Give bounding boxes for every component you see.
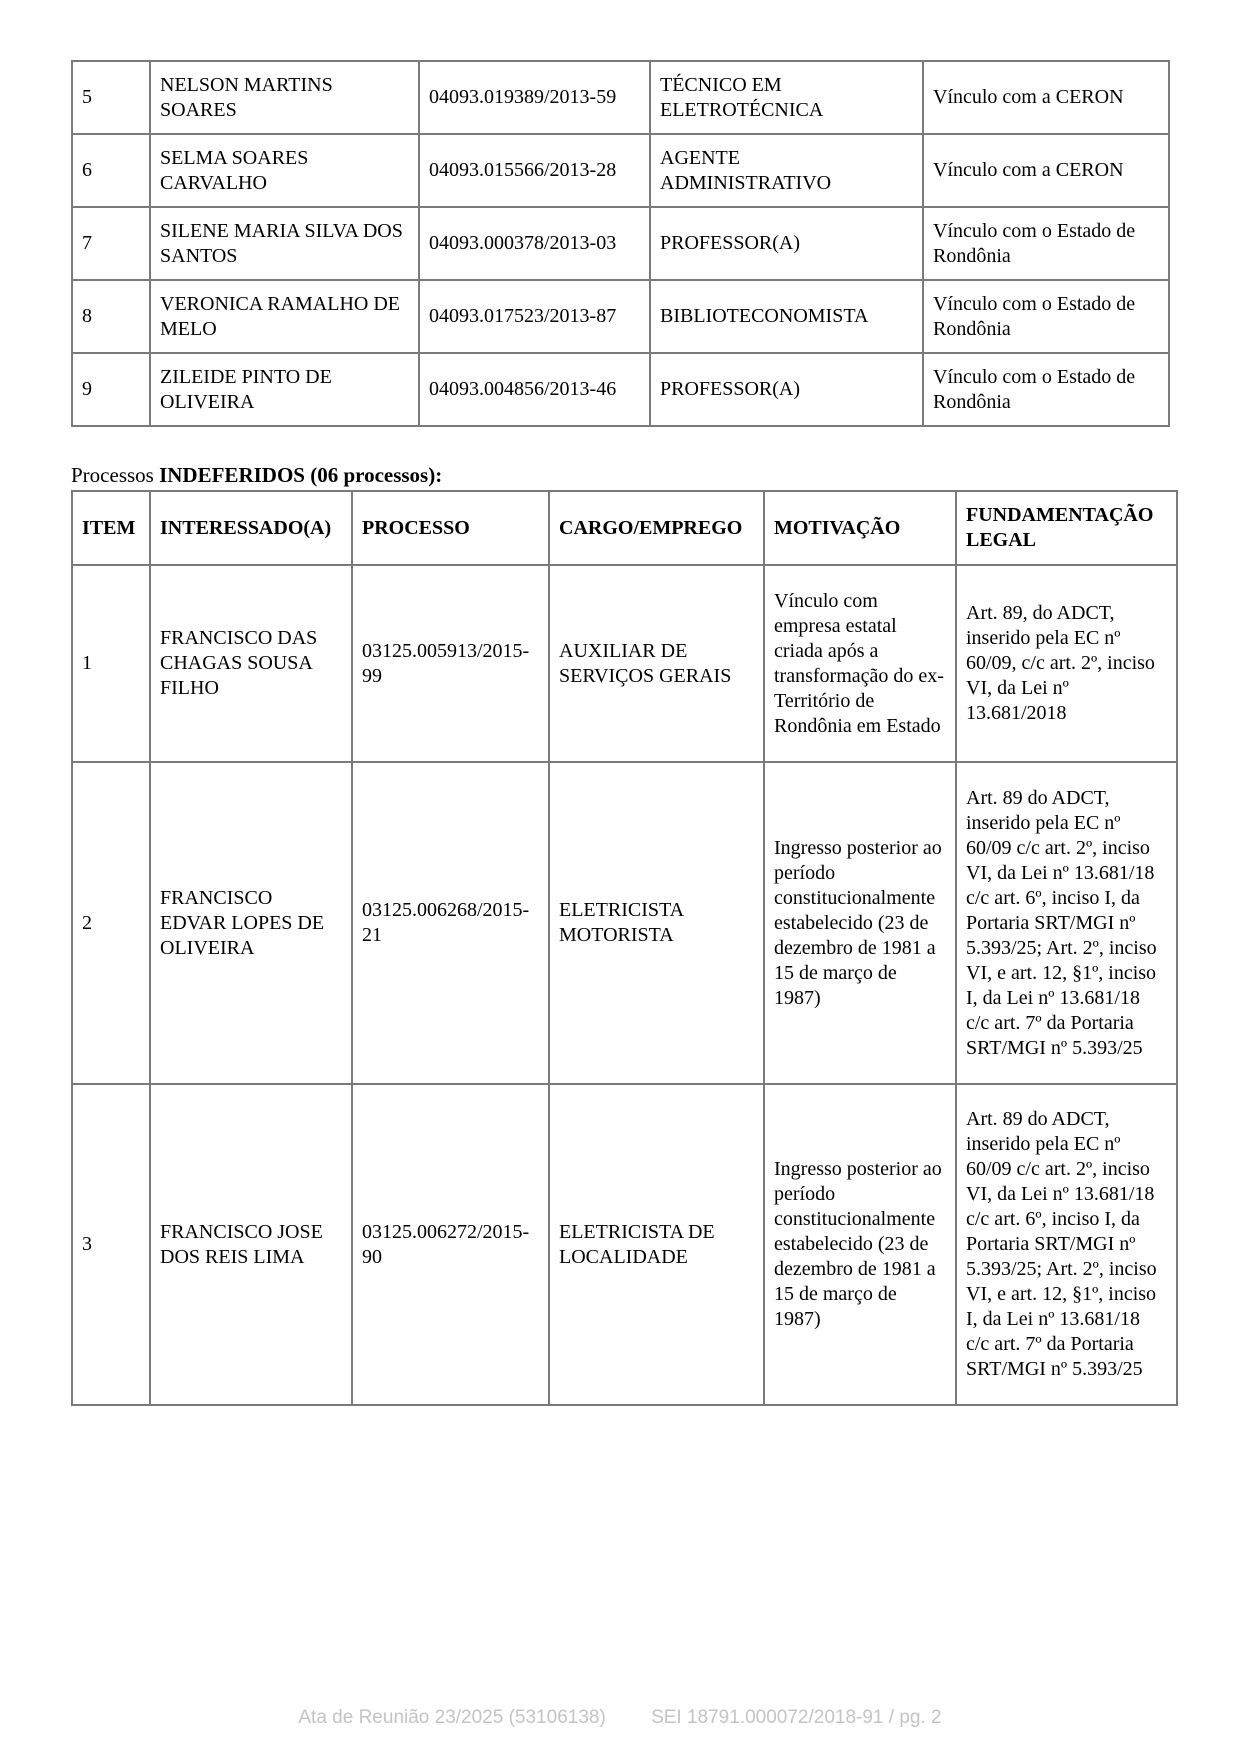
process-cell: 04093.015566/2013-28: [419, 134, 650, 207]
role-cell: TÉCNICO EM ELETROTÉCNICA: [650, 61, 923, 134]
table-row: 2 FRANCISCO EDVAR LOPES DE OLIVEIRA 0312…: [72, 762, 1177, 1084]
process-cell: 03125.005913/2015-99: [352, 565, 549, 762]
role-cell: PROFESSOR(A): [650, 207, 923, 280]
table-row: 8 VERONICA RAMALHO DE MELO 04093.017523/…: [72, 280, 1169, 353]
header-motivacao: MOTIVAÇÃO: [764, 491, 956, 565]
item-cell: 6: [72, 134, 150, 207]
caption-prefix: Processos: [71, 463, 159, 487]
process-cell: 03125.006268/2015-21: [352, 762, 549, 1084]
item-cell: 9: [72, 353, 150, 426]
role-cell: PROFESSOR(A): [650, 353, 923, 426]
item-cell: 8: [72, 280, 150, 353]
name-cell: NELSON MARTINS SOARES: [150, 61, 419, 134]
item-cell: 3: [72, 1084, 150, 1405]
name-cell: VERONICA RAMALHO DE MELO: [150, 280, 419, 353]
table-row: 1 FRANCISCO DAS CHAGAS SOUSA FILHO 03125…: [72, 565, 1177, 762]
process-cell: 04093.000378/2013-03: [419, 207, 650, 280]
legal-cell: Art. 89 do ADCT, inserido pela EC nº 60/…: [956, 762, 1177, 1084]
role-cell: AGENTE ADMINISTRATIVO: [650, 134, 923, 207]
process-cell: 03125.006272/2015-90: [352, 1084, 549, 1405]
header-interessado: INTERESSADO(A): [150, 491, 352, 565]
indeferidos-table: ITEM INTERESSADO(A) PROCESSO CARGO/EMPRE…: [71, 490, 1178, 1406]
motivation-cell: Ingresso posterior ao período constituci…: [764, 762, 956, 1084]
note-cell: Vínculo com a CERON: [923, 61, 1169, 134]
header-item: ITEM: [72, 491, 150, 565]
header-row: ITEM INTERESSADO(A) PROCESSO CARGO/EMPRE…: [72, 491, 1177, 565]
name-cell: ZILEIDE PINTO DE OLIVEIRA: [150, 353, 419, 426]
note-cell: Vínculo com o Estado de Rondônia: [923, 353, 1169, 426]
table-row: 9 ZILEIDE PINTO DE OLIVEIRA 04093.004856…: [72, 353, 1169, 426]
table-row: 5 NELSON MARTINS SOARES 04093.019389/201…: [72, 61, 1169, 134]
name-cell: FRANCISCO DAS CHAGAS SOUSA FILHO: [150, 565, 352, 762]
note-cell: Vínculo com o Estado de Rondônia: [923, 280, 1169, 353]
caption-bold: INDEFERIDOS (06 processos):: [159, 463, 442, 487]
footer-sei: SEI 18791.000072/2018-91 / pg. 2: [651, 1707, 942, 1729]
name-cell: SELMA SOARES CARVALHO: [150, 134, 419, 207]
item-cell: 2: [72, 762, 150, 1084]
header-cargo: CARGO/EMPREGO: [549, 491, 764, 565]
indeferidos-caption: Processos INDEFERIDOS (06 processos):: [71, 462, 442, 488]
name-cell: SILENE MARIA SILVA DOS SANTOS: [150, 207, 419, 280]
item-cell: 7: [72, 207, 150, 280]
table-row: 6 SELMA SOARES CARVALHO 04093.015566/201…: [72, 134, 1169, 207]
note-cell: Vínculo com a CERON: [923, 134, 1169, 207]
motivation-cell: Vínculo com empresa estatal criada após …: [764, 565, 956, 762]
name-cell: FRANCISCO EDVAR LOPES DE OLIVEIRA: [150, 762, 352, 1084]
legal-cell: Art. 89, do ADCT, inserido pela EC nº 60…: [956, 565, 1177, 762]
motivation-cell: Ingresso posterior ao período constituci…: [764, 1084, 956, 1405]
role-cell: ELETRICISTA MOTORISTA: [549, 762, 764, 1084]
note-cell: Vínculo com o Estado de Rondônia: [923, 207, 1169, 280]
page-footer: Ata de Reunião 23/2025 (53106138) SEI 18…: [0, 1707, 1240, 1729]
deferred-continued-table: 5 NELSON MARTINS SOARES 04093.019389/201…: [71, 60, 1170, 427]
table-row: 3 FRANCISCO JOSE DOS REIS LIMA 03125.006…: [72, 1084, 1177, 1405]
legal-cell: Art. 89 do ADCT, inserido pela EC nº 60/…: [956, 1084, 1177, 1405]
process-cell: 04093.019389/2013-59: [419, 61, 650, 134]
name-cell: FRANCISCO JOSE DOS REIS LIMA: [150, 1084, 352, 1405]
role-cell: AUXILIAR DE SERVIÇOS GERAIS: [549, 565, 764, 762]
role-cell: BIBLIOTECONOMISTA: [650, 280, 923, 353]
item-cell: 5: [72, 61, 150, 134]
table-row: 7 SILENE MARIA SILVA DOS SANTOS 04093.00…: [72, 207, 1169, 280]
role-cell: ELETRICISTA DE LOCALIDADE: [549, 1084, 764, 1405]
header-processo: PROCESSO: [352, 491, 549, 565]
process-cell: 04093.017523/2013-87: [419, 280, 650, 353]
process-cell: 04093.004856/2013-46: [419, 353, 650, 426]
header-fundamentacao: FUNDAMENTAÇÃO LEGAL: [956, 491, 1177, 565]
footer-document: Ata de Reunião 23/2025 (53106138): [298, 1707, 605, 1729]
item-cell: 1: [72, 565, 150, 762]
